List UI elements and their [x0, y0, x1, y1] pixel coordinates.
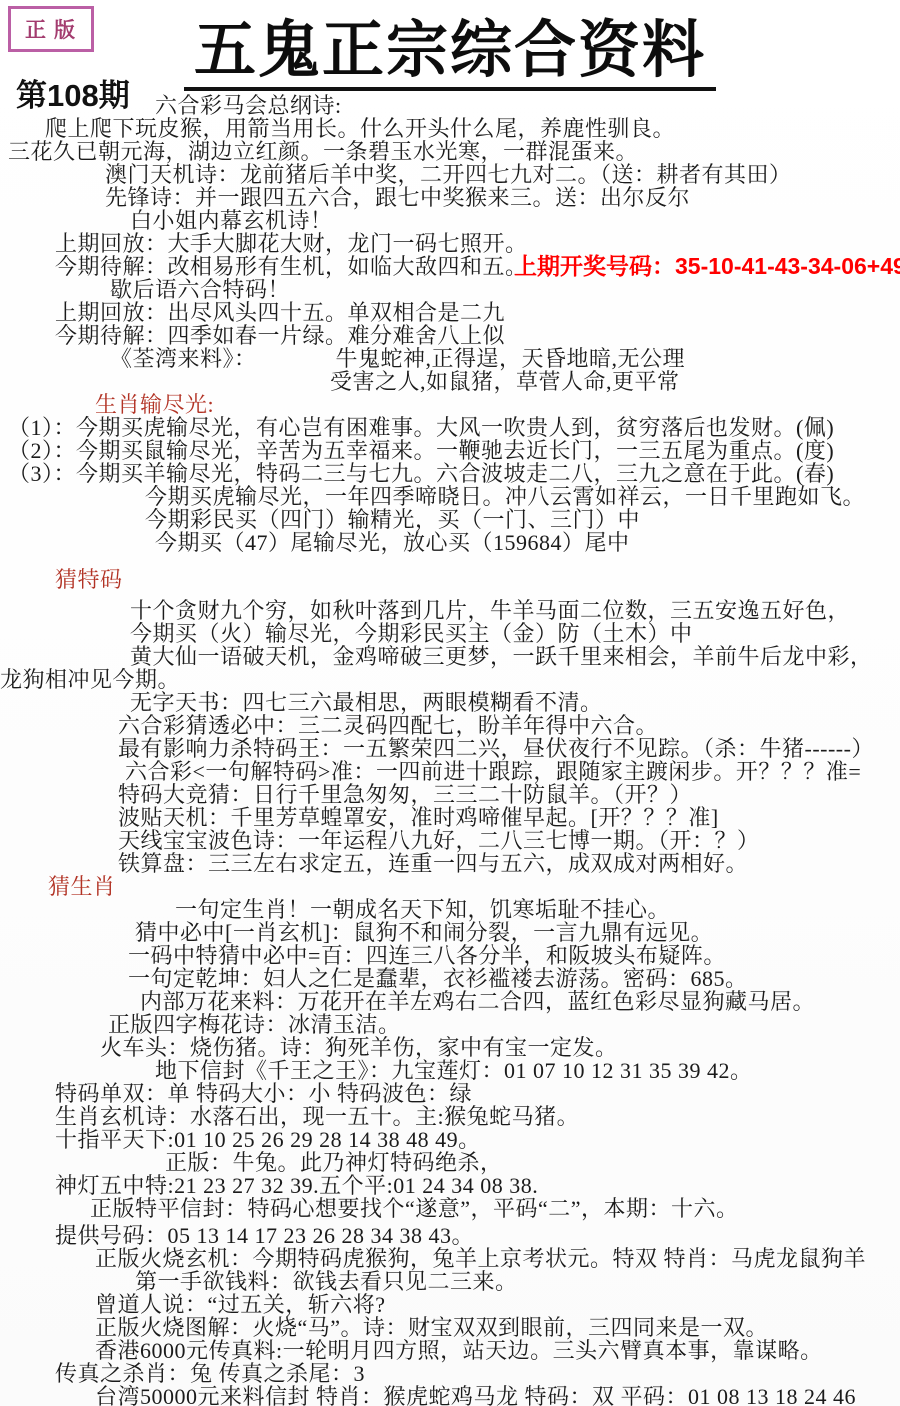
text-line: 波贴天机：千里芳草蝗罩安，准时鸡啼催早起。[开？？？准] — [0, 806, 900, 829]
text-line: 天线宝宝波色诗：一年运程八九好，二八三七博一期。（开：？） — [0, 829, 900, 852]
section-heading: 猜生肖 — [0, 875, 900, 898]
text-line: 第一手欲钱料：欲钱去看只见二三来。 — [0, 1270, 900, 1293]
text-line: 无字天书：四七三六最相思，两眼模糊看不清。 — [0, 691, 900, 714]
text-line: 六合彩猜透必中：三二灵码四配七，盼羊年得中六合。 — [0, 714, 900, 737]
text-line: （3）：今期买羊输尽光，特码二三与七九。六合波坡走二八，三九之意在于此。(春) — [0, 462, 900, 485]
text-line: 爬上爬下玩皮猴，用箭当用长。什么开头什么尾，养鹿性驯良。 — [0, 117, 900, 140]
text-line: 传真之杀肖：兔 传真之杀尾：3 — [0, 1362, 900, 1385]
text-line: 正版：牛兔。此乃神灯特码绝杀， — [0, 1151, 900, 1174]
text-line: 地下信封《千王之王》：九宝莲灯：01 07 10 12 31 35 39 42。 — [0, 1059, 900, 1082]
lottery-info-sheet: 正版 五鬼正宗综合资料 第108期 上期开奖号码：35-10-41-43-34-… — [0, 0, 900, 1406]
page-title: 五鬼正宗综合资料 — [184, 18, 716, 91]
text-line: 火车头：烧伤猪。诗：狗死羊伤，家中有宝一定发。 — [0, 1036, 900, 1059]
text-line: 一句定生肖！一朝成名天下知，饥寒垢耻不挂心。 — [0, 898, 900, 921]
text-line: 受害之人,如鼠猪，草菅人命,更平常 — [0, 370, 900, 393]
text-line: 三花久已朝元海，湖边立红颜。一条碧玉水光寒，一群混蛋来。 — [0, 140, 900, 163]
text-line: 今期待解：四季如春一片绿。难分难舍八上似 — [0, 324, 900, 347]
text-line: 铁算盘：三三左右求定五，连重一四与五六，成双成对两相好。 — [0, 852, 900, 875]
title-row: 五鬼正宗综合资料 — [0, 18, 900, 91]
text-line: 香港6000元传真料:一轮明月四方照，站天边。三头六臂真本事，靠谋略。 — [0, 1339, 900, 1362]
text-line: 提供号码：05 13 14 17 23 26 28 34 38 43。 — [0, 1224, 900, 1247]
text-line: （1）：今期买虎输尽光，有心岂有困难事。大风一吹贵人到，贫穷落后也发财。(佩) — [0, 416, 900, 439]
text-line: 正版四字梅花诗：冰清玉洁。 — [0, 1013, 900, 1036]
text-line: 澳门天机诗：龙前猪后羊中奖，二开四七九对二。（送：耕者有其田） — [0, 163, 900, 186]
text-line: 今期买（47）尾输尽光，放心买（159684）尾中 — [0, 531, 900, 554]
text-line: 特码单双：单 特码大小：小 特码波色：绿 — [0, 1082, 900, 1105]
text-line: 今期买虎输尽光，一年四季啼晓日。冲八云霄如祥云，一日千里跑如飞。 — [0, 485, 900, 508]
text-line: 先锋诗：并一跟四五六合，跟七中奖猴来三。送：出尔反尔 — [0, 186, 900, 209]
text-line: 黄大仙一语破天机，金鸡啼破三更梦，一跃千里来相会，羊前牛后龙中彩， — [0, 645, 900, 668]
text-line: 上期回放：大手大脚花大财，龙门一码七照开。 — [0, 232, 900, 255]
text-line: 十指平天下:01 10 25 26 29 28 14 38 48 49。 — [0, 1128, 900, 1151]
text-line: 正版火烧玄机：今期特码虎猴狗，兔羊上京考状元。特双 特肖：马虎龙鼠狗羊 — [0, 1247, 900, 1270]
text-line: 正版特平信封：特码心想要找个“遂意”，平码“二”，本期：十六。 — [0, 1197, 900, 1220]
text-line: 最有影响力杀特码王：一五繁荣四二兴，昼伏夜行不见踪。（杀：牛猪------） — [0, 737, 900, 760]
text-line: 今期彩民买（四门）输精光，买（一门、三门）中 — [0, 508, 900, 531]
text-line: 六合彩马会总纲诗: — [0, 94, 900, 117]
text-line: 曾道人说：“过五关，斩六将? — [0, 1293, 900, 1316]
section-heading: 猜特码 — [0, 568, 900, 591]
text-line: 龙狗相冲见今期。 — [0, 668, 900, 691]
text-line: 白小姐内幕玄机诗！ — [0, 209, 900, 232]
text-line: 特码大竞猜：日行千里急匆匆，三三二十防鼠羊。（开？） — [0, 783, 900, 806]
text-line: 正版火烧图解：火烧“马”。诗：财宝双双到眼前，三四同来是一双。 — [0, 1316, 900, 1339]
text-line: （2）：今期买鼠输尽光，辛苦为五幸福来。一鞭驰去近长门，一三五尾为重点。(度) — [0, 439, 900, 462]
text-line: 六合彩<一句解特码>准：一四前进十跟踪，跟随家主踱闲步。开？？？准= — [0, 760, 900, 783]
text-line: 今期买（火）输尽光，今期彩民买主（金）防（土木）中 — [0, 622, 900, 645]
text-line: 上期回放：出尽风头四十五。单双相合是二九 — [0, 301, 900, 324]
text-line: 今期待解：改相易形有生机，如临大敌四和五。 — [0, 255, 900, 278]
section-heading: 生肖输尽光: — [0, 393, 900, 416]
text-line: 生肖玄机诗：水落石出，现一五十。主:猴兔蛇马猪。 — [0, 1105, 900, 1128]
text-line: 猜中必中[一肖玄机]：鼠狗不和闹分裂，一言九鼎有远见。 — [0, 921, 900, 944]
text-line: 一句定乾坤：妇人之仁是蠢辈，衣衫褴褛去游荡。密码：685。 — [0, 967, 900, 990]
body-text-lines: 六合彩马会总纲诗:爬上爬下玩皮猴，用箭当用长。什么开头什么尾，养鹿性驯良。三花久… — [0, 94, 900, 1406]
text-line: 台湾50000元来料信封 特肖：猴虎蛇鸡马龙 特码：双 平码：01 08 13 … — [0, 1385, 900, 1406]
text-line: 神灯五中特:21 23 27 32 39.五个平:01 24 34 08 38. — [0, 1174, 900, 1197]
text-line: 歇后语六合特码！ — [0, 278, 900, 301]
text-line: 十个贪财九个穷，如秋叶落到几片，牛羊马面二位数，三五安逸五好色， — [0, 599, 900, 622]
text-line: 内部万花来料：万花开在羊左鸡右二合四，蓝红色彩尽显狗藏马居。 — [0, 990, 900, 1013]
text-line: 一码中特猜中必中=百：四连三八各分半，和阪坡头布疑阵。 — [0, 944, 900, 967]
text-line: 《荃湾来料》： 牛鬼蛇神,正得逞，天昏地暗,无公理 — [0, 347, 900, 370]
